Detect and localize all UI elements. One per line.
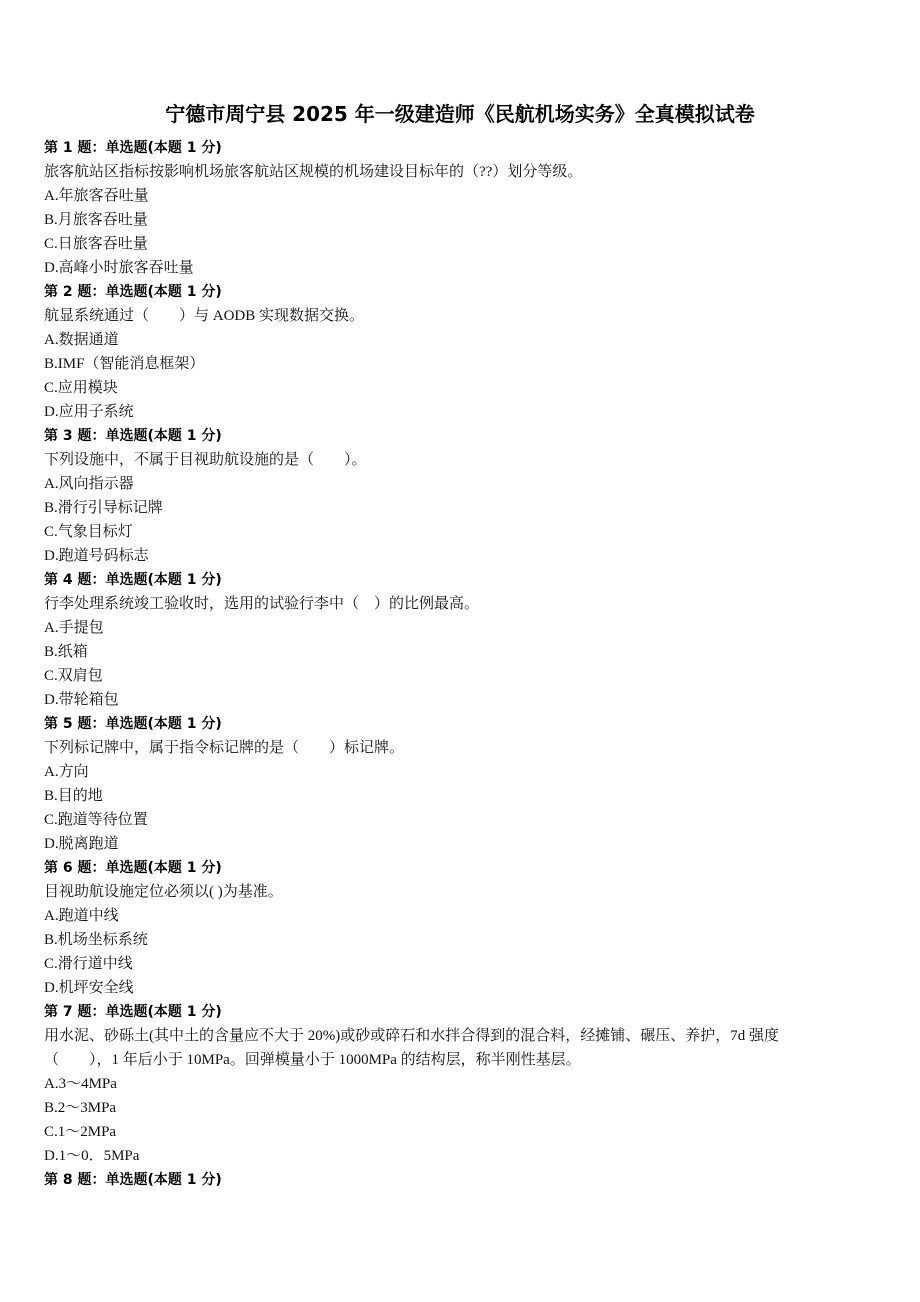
question-stem: 下列标记牌中，属于指令标记牌的是（ ）标记牌。 <box>44 736 854 760</box>
option-a[interactable]: A.数据通道 <box>44 328 854 352</box>
option-c[interactable]: C.气象目标灯 <box>44 520 854 544</box>
question-header: 第 3 题：单选题(本题 1 分) <box>44 424 854 448</box>
option-b[interactable]: B.目的地 <box>44 784 854 808</box>
question-8: 第 8 题：单选题(本题 1 分) <box>44 1168 854 1192</box>
option-d[interactable]: D.脱离跑道 <box>44 832 854 856</box>
document-title: 宁德市周宁县 2025 年一级建造师《民航机场实务》全真模拟试卷 <box>0 100 920 128</box>
question-4: 第 4 题：单选题(本题 1 分) 行李处理系统竣工验收时，选用的试验行李中（ … <box>44 568 854 712</box>
question-header: 第 2 题：单选题(本题 1 分) <box>44 280 854 304</box>
option-b[interactable]: B.纸箱 <box>44 640 854 664</box>
question-header: 第 4 题：单选题(本题 1 分) <box>44 568 854 592</box>
question-1: 第 1 题：单选题(本题 1 分) 旅客航站区指标按影响机场旅客航站区规模的机场… <box>44 136 854 280</box>
option-d[interactable]: D.跑道号码标志 <box>44 544 854 568</box>
option-d[interactable]: D.应用子系统 <box>44 400 854 424</box>
option-d[interactable]: D.高峰小时旅客吞吐量 <box>44 256 854 280</box>
option-a[interactable]: A.跑道中线 <box>44 904 854 928</box>
option-c[interactable]: C.1～2MPa <box>44 1120 854 1144</box>
question-header: 第 8 题：单选题(本题 1 分) <box>44 1168 854 1192</box>
question-stem: 行李处理系统竣工验收时，选用的试验行李中（ ）的比例最高。 <box>44 592 854 616</box>
question-stem: 航显系统通过（ ）与 AODB 实现数据交换。 <box>44 304 854 328</box>
question-2: 第 2 题：单选题(本题 1 分) 航显系统通过（ ）与 AODB 实现数据交换… <box>44 280 854 424</box>
question-7: 第 7 题：单选题(本题 1 分) 用水泥、砂砾土(其中土的含量应不大于 20%… <box>44 1000 854 1168</box>
option-d[interactable]: D.带轮箱包 <box>44 688 854 712</box>
question-5: 第 5 题：单选题(本题 1 分) 下列标记牌中，属于指令标记牌的是（ ）标记牌… <box>44 712 854 856</box>
question-stem-line-2: （ ），1 年后小于 10MPa。回弹模量小于 1000MPa 的结构层，称半刚… <box>44 1048 854 1072</box>
option-a[interactable]: A.方向 <box>44 760 854 784</box>
question-stem: 目视助航设施定位必须以( )为基准。 <box>44 880 854 904</box>
question-header: 第 7 题：单选题(本题 1 分) <box>44 1000 854 1024</box>
option-c[interactable]: C.日旅客吞吐量 <box>44 232 854 256</box>
option-c[interactable]: C.双肩包 <box>44 664 854 688</box>
option-c[interactable]: C.滑行道中线 <box>44 952 854 976</box>
option-a[interactable]: A.年旅客吞吐量 <box>44 184 854 208</box>
option-b[interactable]: B.机场坐标系统 <box>44 928 854 952</box>
option-b[interactable]: B.月旅客吞吐量 <box>44 208 854 232</box>
question-stem: 下列设施中，不属于目视助航设施的是（ ）。 <box>44 448 854 472</box>
question-header: 第 5 题：单选题(本题 1 分) <box>44 712 854 736</box>
option-a[interactable]: A.风向指示器 <box>44 472 854 496</box>
option-b[interactable]: B.2～3MPa <box>44 1096 854 1120</box>
option-d[interactable]: D.1～0．5MPa <box>44 1144 854 1168</box>
option-b[interactable]: B.滑行引导标记牌 <box>44 496 854 520</box>
option-a[interactable]: A.3～4MPa <box>44 1072 854 1096</box>
question-stem: 旅客航站区指标按影响机场旅客航站区规模的机场建设目标年的（??）划分等级。 <box>44 160 854 184</box>
exam-page: 宁德市周宁县 2025 年一级建造师《民航机场实务》全真模拟试卷 第 1 题：单… <box>0 0 920 1302</box>
question-6: 第 6 题：单选题(本题 1 分) 目视助航设施定位必须以( )为基准。 A.跑… <box>44 856 854 1000</box>
option-d[interactable]: D.机坪安全线 <box>44 976 854 1000</box>
question-stem-line-1: 用水泥、砂砾土(其中土的含量应不大于 20%)或砂或碎石和水拌合得到的混合料，经… <box>44 1024 854 1048</box>
question-3: 第 3 题：单选题(本题 1 分) 下列设施中，不属于目视助航设施的是（ ）。 … <box>44 424 854 568</box>
option-c[interactable]: C.应用模块 <box>44 376 854 400</box>
option-a[interactable]: A.手提包 <box>44 616 854 640</box>
option-b[interactable]: B.IMF（智能消息框架） <box>44 352 854 376</box>
question-header: 第 1 题：单选题(本题 1 分) <box>44 136 854 160</box>
option-c[interactable]: C.跑道等待位置 <box>44 808 854 832</box>
question-header: 第 6 题：单选题(本题 1 分) <box>44 856 854 880</box>
question-list: 第 1 题：单选题(本题 1 分) 旅客航站区指标按影响机场旅客航站区规模的机场… <box>44 136 854 1192</box>
